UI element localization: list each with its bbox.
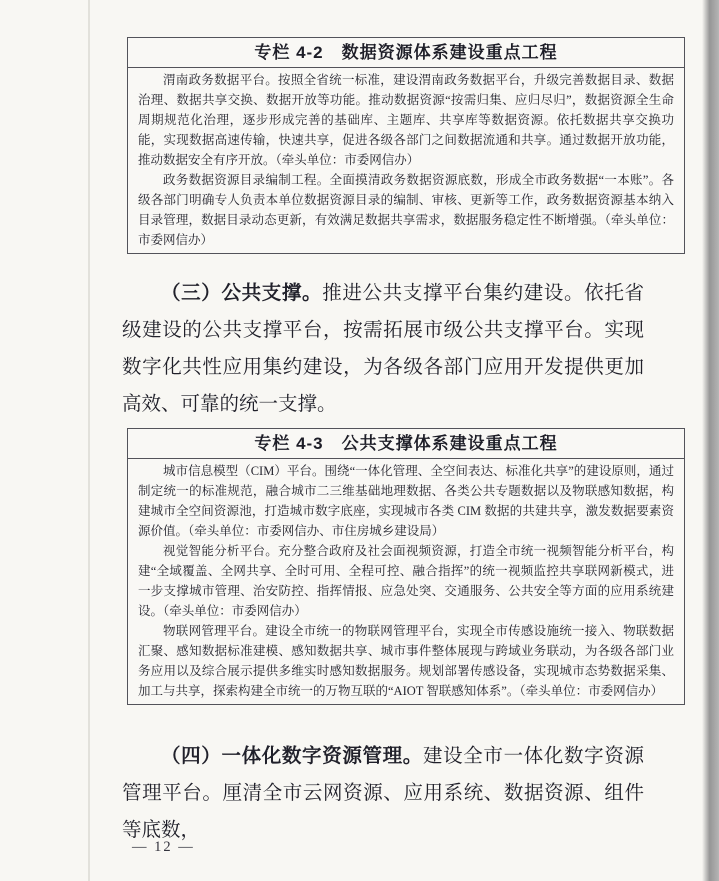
scan-artifact-left-line: [88, 0, 90, 881]
body-paragraph-4-lead: （四）一体化数字资源管理。: [161, 745, 423, 767]
column-box-4-2-paragraph: 渭南政务数据平台。按照全省统一标准，建设渭南政务数据平台，升级完善数据目录、数据…: [138, 70, 674, 170]
column-box-4-3-paragraph: 物联网管理平台。建设全市统一的物联网管理平台，实现全市传感设施统一接入、物联数据…: [138, 621, 674, 701]
body-paragraph-3-lead: （三）公共支撑。: [161, 282, 322, 304]
column-box-4-3-title: 专栏 4-3 公共支撑体系建设重点工程: [128, 429, 684, 459]
body-paragraph-3: （三）公共支撑。推进公共支撑平台集约建设。依托省级建设的公共支撑平台，按需拓展市…: [122, 275, 644, 423]
column-box-4-3: 专栏 4-3 公共支撑体系建设重点工程 城市信息模型（CIM）平台。围绕“一体化…: [127, 428, 685, 705]
page-number: — 12 —: [132, 839, 195, 856]
column-box-4-3-paragraph: 城市信息模型（CIM）平台。围绕“一体化管理、全空间表达、标准化共享”的建设原则…: [138, 461, 674, 541]
column-box-4-2-body: 渭南政务数据平台。按照全省统一标准，建设渭南政务数据平台，升级完善数据目录、数据…: [128, 68, 684, 253]
column-box-4-3-paragraph: 视觉智能分析平台。充分整合政府及社会面视频资源，打造全市统一视频智能分析平台，构…: [138, 541, 674, 621]
column-box-4-2-paragraph: 政务数据资源目录编制工程。全面摸清政务数据资源底数，形成全市政务数据“一本账”。…: [138, 170, 674, 250]
column-box-4-2: 专栏 4-2 数据资源体系建设重点工程 渭南政务数据平台。按照全省统一标准，建设…: [127, 37, 685, 254]
body-paragraph-4: （四）一体化数字资源管理。建设全市一体化数字资源管理平台。厘清全市云网资源、应用…: [122, 738, 644, 849]
column-box-4-3-body: 城市信息模型（CIM）平台。围绕“一体化管理、全空间表达、标准化共享”的建设原则…: [128, 459, 684, 704]
column-box-4-2-title: 专栏 4-2 数据资源体系建设重点工程: [128, 38, 684, 68]
scan-artifact-right-band: [702, 0, 719, 881]
